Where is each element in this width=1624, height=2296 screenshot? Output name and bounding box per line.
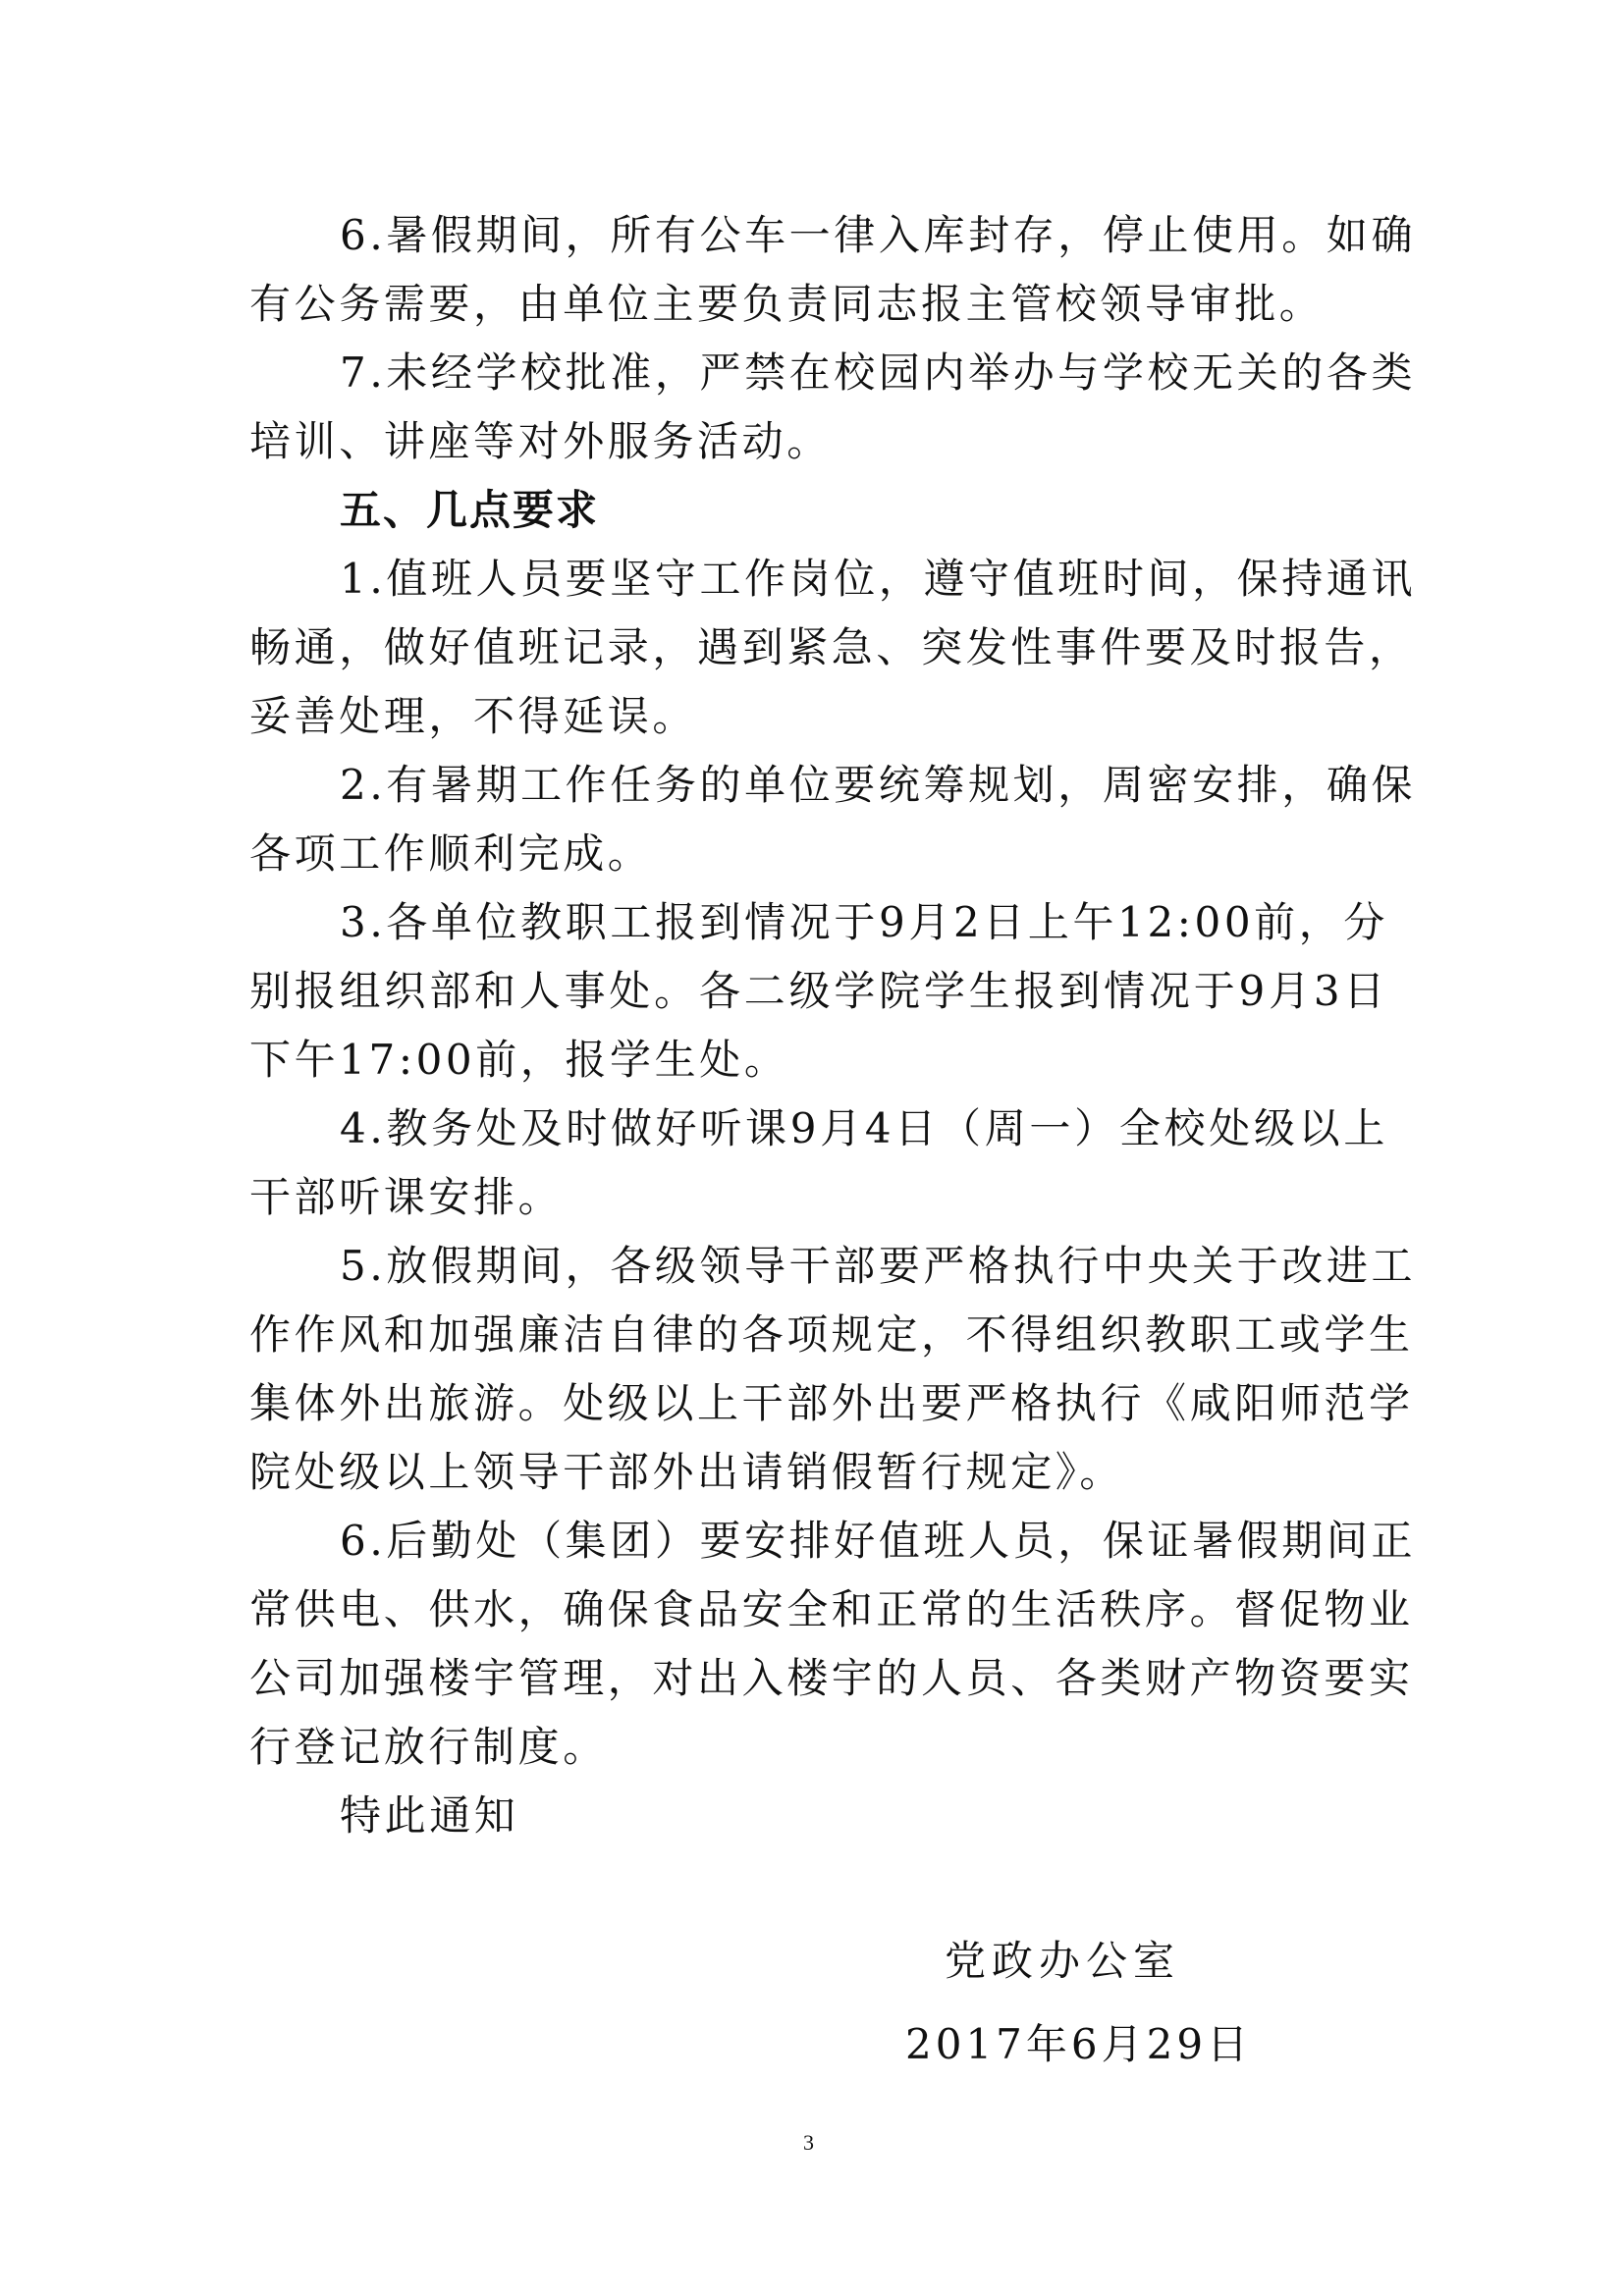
paragraph-line: 6.后勤处（集团）要安排好值班人员，保证暑假期间正 [340,1514,1388,1569]
paragraph-line: 4.教务处及时做好听课9月4日（周一）全校处级以上 [340,1101,1388,1156]
paragraph-line: 有公务需要，由单位主要负责同志报主管校领导审批。 [249,277,1388,332]
page-number: 3 [803,2130,814,2156]
paragraph-line: 5.放假期间，各级领导干部要严格执行中央关于改进工 [340,1239,1388,1294]
paragraph-line: 公司加强楼宇管理，对出入楼宇的人员、各类财产物资要实 [249,1651,1388,1706]
document-page: 6.暑假期间，所有公车一律入库封存，停止使用。如确 有公务需要，由单位主要负责同… [0,0,1624,2296]
paragraph-line: 培训、讲座等对外服务活动。 [249,414,1388,469]
closing-text: 特此通知 [340,1789,518,1843]
paragraph-line: 3.各单位教职工报到情况于9月2日上午12:00前，分 [340,895,1388,950]
paragraph-line: 常供电、供水，确保食品安全和正常的生活秩序。督促物业 [249,1582,1388,1637]
paragraph-line: 1.值班人员要坚守工作岗位，遵守值班时间，保持通讯 [340,552,1388,607]
paragraph-line: 6.暑假期间，所有公车一律入库封存，停止使用。如确 [340,208,1388,263]
paragraph-line: 妥善处理，不得延误。 [249,689,1388,744]
paragraph-line: 2.有暑期工作任务的单位要统筹规划，周密安排，确保 [340,758,1388,813]
paragraph-line: 别报组织部和人事处。各二级学院学生报到情况于9月3日 [249,964,1388,1019]
paragraph-line: 院处级以上领导干部外出请销假暂行规定》。 [249,1445,1388,1500]
section-heading: 五、几点要求 [340,483,599,538]
paragraph-line: 集体外出旅游。处级以上干部外出要严格执行《咸阳师范学 [249,1376,1388,1431]
signature-date: 2017年6月29日 [905,2017,1252,2072]
paragraph-line: 行登记放行制度。 [249,1720,1388,1775]
paragraph-line: 各项工作顺利完成。 [249,827,1388,881]
paragraph-line: 下午17:00前，报学生处。 [249,1033,1388,1088]
signature-office: 党政办公室 [945,1934,1180,1989]
paragraph-line: 畅通，做好值班记录，遇到紧急、突发性事件要及时报告， [249,620,1388,675]
paragraph-line: 7.未经学校批准，严禁在校园内举办与学校无关的各类 [340,346,1388,400]
paragraph-line: 作作风和加强廉洁自律的各项规定，不得组织教职工或学生 [249,1308,1388,1362]
paragraph-line: 干部听课安排。 [249,1170,1388,1225]
